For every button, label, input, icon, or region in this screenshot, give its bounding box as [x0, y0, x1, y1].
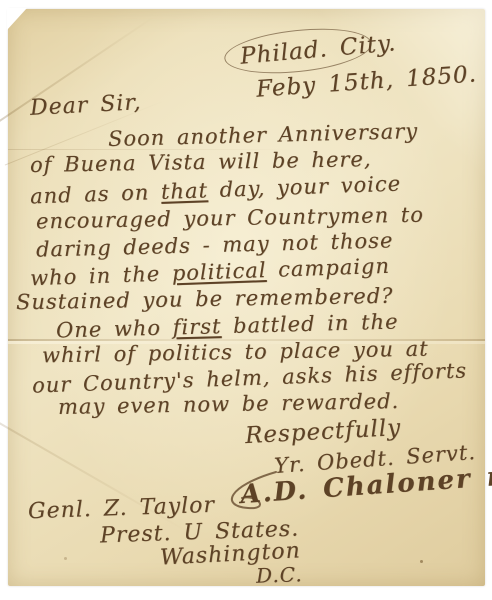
body-line: may even now be rewarded.: [58, 391, 400, 418]
body-line-underlined-word: that: [161, 178, 209, 204]
letter-paper: Philad. City. Feby 15th, 1850. Dear Sir,…: [8, 9, 485, 586]
body-line: Sustained you be remembered?: [16, 286, 394, 314]
body-line-segment: may even now be rewarded.: [58, 389, 400, 419]
body-line-segment: and as on: [30, 180, 162, 209]
ink-speck: [64, 557, 67, 560]
address-dc: D.C.: [256, 564, 303, 586]
paper-corner-notch: [7, 8, 27, 30]
body-line: Soon another Anniversary: [108, 121, 419, 150]
body-line: of Buena Vista will be here,: [30, 149, 372, 176]
body-line-segment: who in the: [30, 261, 173, 290]
body-line-segment: Soon another Anniversary: [108, 119, 419, 151]
body-line-underlined-word: political: [171, 258, 266, 285]
body-line-segment: of Buena Vista will be here,: [30, 147, 372, 177]
body-line: and as on that day, your voice: [30, 174, 402, 208]
body-line-segment: day, your voice: [207, 172, 401, 203]
body-line-segment: battled in the: [221, 310, 399, 339]
body-line-segment: One who: [56, 315, 173, 342]
scanned-letter-page: { "colors": { "background": "#ffffff", "…: [0, 0, 492, 600]
closing-respectfully: Respectfully: [245, 417, 402, 448]
body-line-underlined-word: first: [172, 314, 221, 339]
body-line: One who first battled in the: [56, 312, 399, 342]
salutation: Dear Sir,: [30, 92, 142, 120]
body-line-segment: campaign: [266, 254, 390, 282]
ink-speck: [420, 560, 423, 563]
address-recipient-name: Genl. Z. Taylor: [28, 495, 216, 524]
